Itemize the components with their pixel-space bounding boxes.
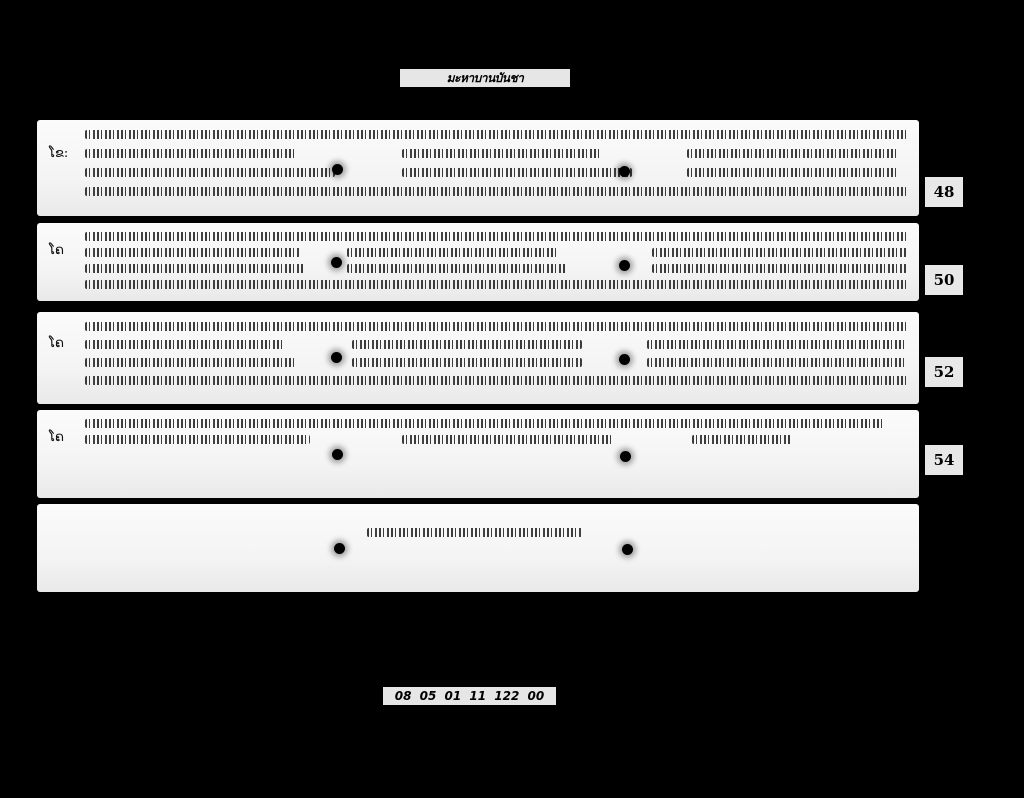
- script-line: [85, 322, 907, 331]
- script-line: [647, 340, 907, 349]
- script-line: [352, 358, 582, 367]
- script-line: [85, 435, 310, 444]
- microfilm-reel-number-label: 08 05 01 11 122 00: [383, 687, 556, 705]
- script-line: [687, 149, 897, 158]
- folio-number-tag: 48: [925, 177, 963, 207]
- string-hole: [332, 449, 343, 460]
- palm-leaf-folio-1: ໂຂ:: [37, 120, 919, 216]
- palm-leaf-folio-2: ໂຄ: [37, 223, 919, 301]
- script-line: [402, 168, 632, 177]
- string-hole: [331, 352, 342, 363]
- script-line: [347, 248, 557, 257]
- string-hole: [334, 543, 345, 554]
- script-line: [85, 130, 907, 139]
- leaf-margin-mark: ໂຄ: [49, 430, 64, 445]
- script-line: [85, 232, 907, 241]
- script-line: [647, 358, 907, 367]
- script-line: [85, 187, 907, 196]
- script-line: [85, 358, 295, 367]
- script-line: [85, 149, 295, 158]
- script-line: [402, 435, 612, 444]
- script-line: [85, 168, 335, 177]
- script-line: [85, 264, 305, 273]
- string-hole: [332, 164, 343, 175]
- palm-leaf-folio-3: ໂຄ: [37, 312, 919, 404]
- leaf-margin-mark: ໂຄ: [49, 336, 64, 351]
- script-line: [367, 528, 582, 537]
- string-hole: [619, 354, 630, 365]
- manuscript-title-label: มะหาบานบันชา: [400, 69, 570, 87]
- string-hole: [619, 166, 630, 177]
- folio-number-tag: 50: [925, 265, 963, 295]
- string-hole: [331, 257, 342, 268]
- string-hole: [619, 260, 630, 271]
- palm-leaf-folio-5: [37, 504, 919, 592]
- script-line: [85, 376, 907, 385]
- folio-number-tag: 52: [925, 357, 963, 387]
- script-line: [687, 168, 897, 177]
- script-line: [402, 149, 602, 158]
- palm-leaf-folio-4: ໂຄ: [37, 410, 919, 498]
- script-line: [347, 264, 567, 273]
- script-line: [85, 419, 885, 428]
- script-line: [352, 340, 582, 349]
- string-hole: [620, 451, 631, 462]
- script-line: [85, 340, 285, 349]
- script-line: [652, 264, 907, 273]
- script-line: [692, 435, 792, 444]
- leaf-margin-mark: ໂຄ: [49, 243, 64, 258]
- script-line: [85, 248, 300, 257]
- script-line: [85, 280, 907, 289]
- leaf-margin-mark: ໂຂ:: [49, 146, 68, 161]
- script-line: [652, 248, 907, 257]
- folio-number-tag: 54: [925, 445, 963, 475]
- string-hole: [622, 544, 633, 555]
